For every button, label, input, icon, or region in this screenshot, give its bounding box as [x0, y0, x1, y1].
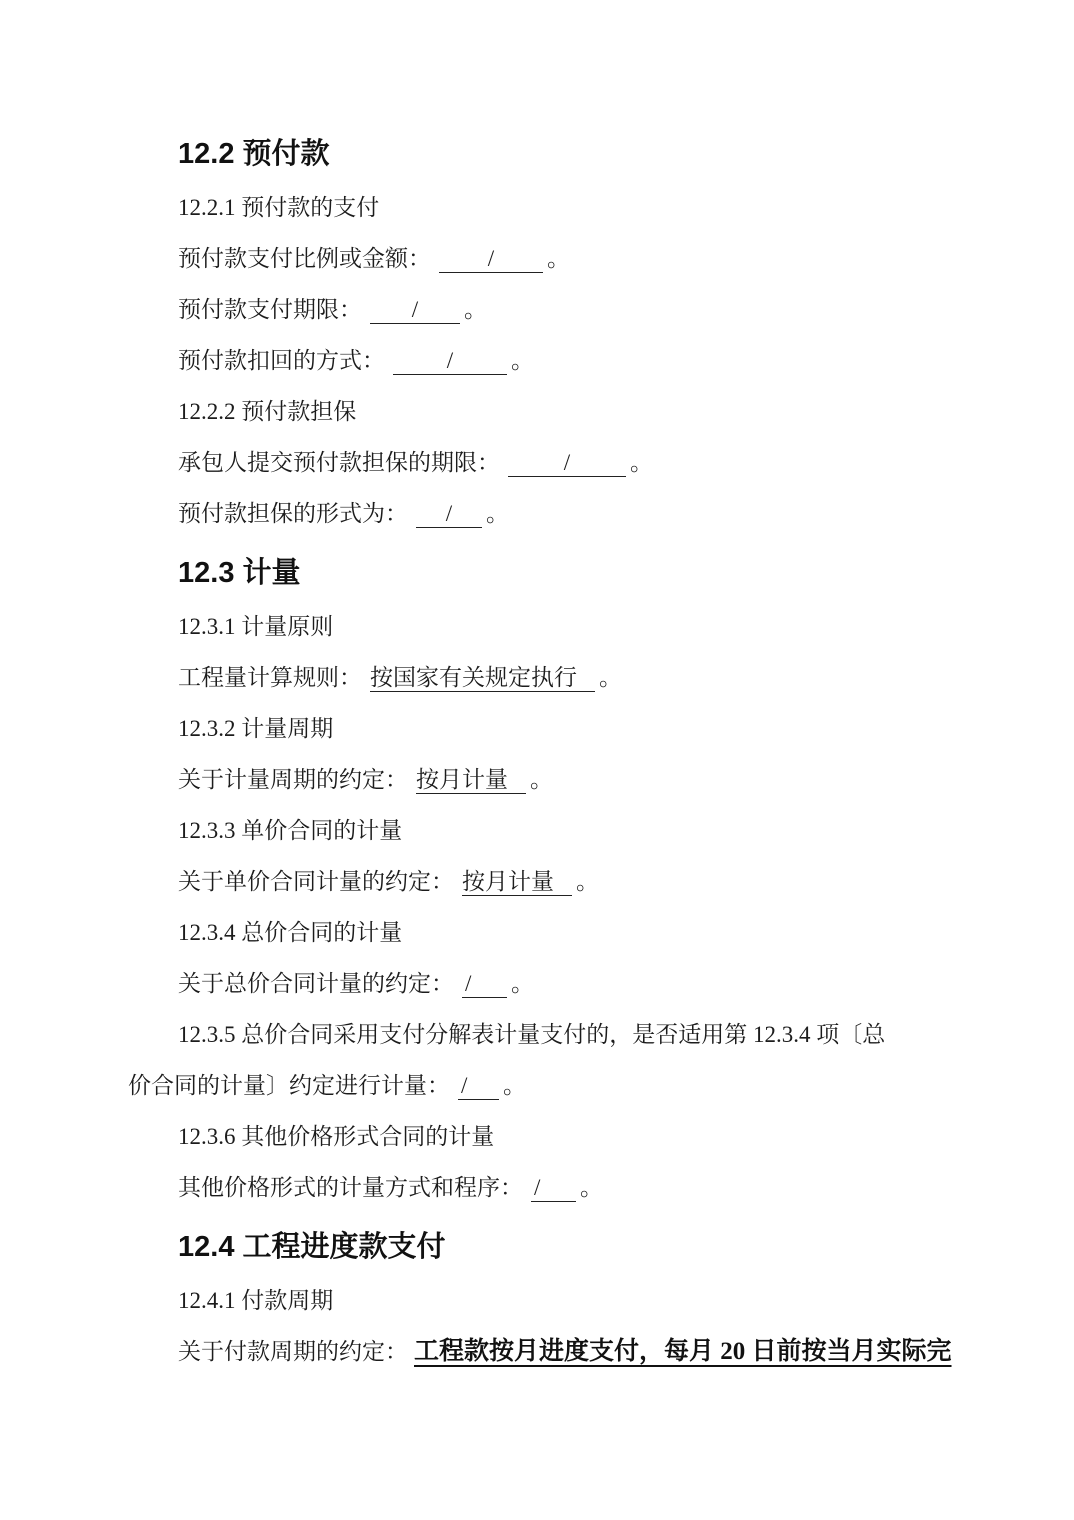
clause-12-3-6: 12.3.6 其他价格形式合同的计量 — [128, 1111, 1004, 1162]
line-suffix: 。 — [580, 1175, 603, 1200]
clause-12-3-3: 12.3.3 单价合同的计量 — [128, 805, 1004, 856]
field-value: 按月计量 — [416, 767, 526, 794]
field-value-bold: 工程款按月进度支付，每月 20 日前按当月实际完 — [414, 1338, 952, 1365]
blank-field: / — [531, 1175, 576, 1202]
field-label: 承包人提交预付款担保的期限： — [178, 450, 500, 475]
clause-12-3-1: 12.3.1 计量原则 — [128, 601, 1004, 652]
clause-12-3-5-line2: 价合同的计量〕约定进行计量：/。 — [128, 1060, 1004, 1111]
line-suffix: 。 — [576, 869, 599, 894]
line-suffix: 。 — [511, 348, 534, 373]
field-line-guarantee-deadline: 承包人提交预付款担保的期限：/。 — [128, 437, 1004, 488]
blank-field: / — [458, 1073, 499, 1100]
field-line-payment-cycle: 关于付款周期的约定：工程款按月进度支付，每月 20 日前按当月实际完 — [128, 1326, 1004, 1377]
field-value: 按国家有关规定执行 — [370, 665, 595, 692]
field-label: 预付款扣回的方式： — [178, 348, 385, 373]
line-suffix: 。 — [486, 501, 509, 526]
clause-12-3-5-line1: 12.3.5 总价合同采用支付分解表计量支付的，是否适用第 12.3.4 项〔总 — [128, 1009, 1004, 1060]
field-label: 工程量计算规则： — [178, 665, 362, 690]
blank-field: / — [370, 297, 460, 324]
clause-12-4-1: 12.4.1 付款周期 — [128, 1275, 1004, 1326]
blank-field: / — [462, 971, 507, 998]
line-suffix: 。 — [630, 450, 653, 475]
field-line-advance-deduction: 预付款扣回的方式：/。 — [128, 335, 1004, 386]
line-suffix: 。 — [599, 665, 622, 690]
blank-field: / — [416, 501, 482, 528]
blank-field: / — [439, 246, 543, 273]
document-page: 12.2 预付款 12.2.1 预付款的支付 预付款支付比例或金额：/。 预付款… — [0, 0, 1074, 1520]
field-line-other-price-measure: 其他价格形式的计量方式和程序：/。 — [128, 1162, 1004, 1213]
field-line-advance-ratio: 预付款支付比例或金额：/。 — [128, 233, 1004, 284]
section-heading-12-3: 12.3 计量 — [128, 545, 1004, 601]
clause-12-2-2: 12.2.2 预付款担保 — [128, 386, 1004, 437]
field-line-unit-price-measure: 关于单价合同计量的约定：按月计量。 — [128, 856, 1004, 907]
line-suffix: 。 — [503, 1073, 526, 1098]
field-line-lump-sum-measure: 关于总价合同计量的约定：/。 — [128, 958, 1004, 1009]
field-line-calc-rule: 工程量计算规则：按国家有关规定执行。 — [128, 652, 1004, 703]
clause-12-2-1: 12.2.1 预付款的支付 — [128, 182, 1004, 233]
field-line-guarantee-form: 预付款担保的形式为：/。 — [128, 488, 1004, 539]
line-suffix: 。 — [511, 971, 534, 996]
field-label: 关于付款周期的约定： — [178, 1339, 408, 1364]
field-label: 关于计量周期的约定： — [178, 767, 408, 792]
blank-field: / — [508, 450, 626, 477]
line-suffix: 。 — [530, 767, 553, 792]
line-suffix: 。 — [547, 246, 570, 271]
field-label: 预付款支付比例或金额： — [178, 246, 431, 271]
field-label: 其他价格形式的计量方式和程序： — [178, 1175, 523, 1200]
field-line-advance-deadline: 预付款支付期限：/。 — [128, 284, 1004, 335]
field-label: 关于总价合同计量的约定： — [178, 971, 454, 996]
field-value: 按月计量 — [462, 869, 572, 896]
field-label: 价合同的计量〕约定进行计量： — [128, 1073, 450, 1098]
blank-field: / — [393, 348, 507, 375]
clause-12-3-4: 12.3.4 总价合同的计量 — [128, 907, 1004, 958]
field-label: 关于单价合同计量的约定： — [178, 869, 454, 894]
section-heading-12-4: 12.4 工程进度款支付 — [128, 1219, 1004, 1275]
line-suffix: 。 — [464, 297, 487, 322]
clause-12-3-2: 12.3.2 计量周期 — [128, 703, 1004, 754]
section-heading-12-2: 12.2 预付款 — [128, 126, 1004, 182]
field-line-measure-cycle: 关于计量周期的约定：按月计量。 — [128, 754, 1004, 805]
field-label: 预付款担保的形式为： — [178, 501, 408, 526]
field-label: 预付款支付期限： — [178, 297, 362, 322]
